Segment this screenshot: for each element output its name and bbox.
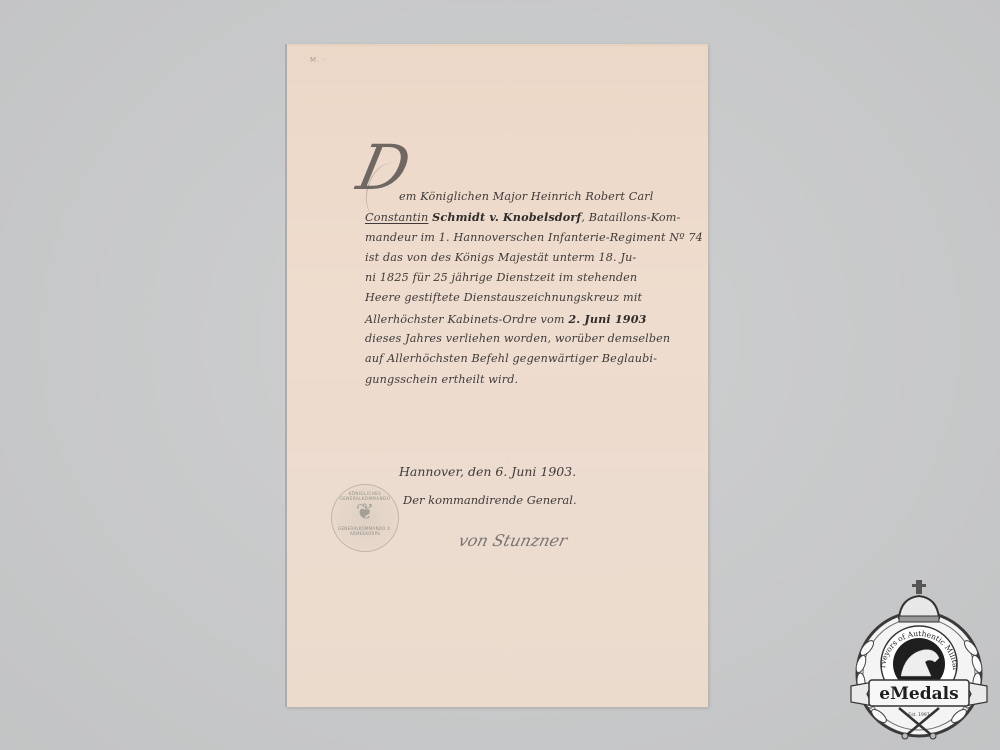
logo-brand: eMedals xyxy=(879,684,958,704)
body-line-8: dieses Jahres verliehen worden, worüber … xyxy=(365,329,700,349)
pencil-archive-mark: M. · xyxy=(310,56,327,64)
document-sheet: M. · D em Königlichen Major Heinrich Rob… xyxy=(287,44,708,707)
signature: von Stunzner xyxy=(457,531,570,550)
seal-bottom-text: GENERALKOMMANDO X. ARMEEKORPS xyxy=(332,526,398,536)
photo-background: M. · D em Königlichen Major Heinrich Rob… xyxy=(0,0,1000,750)
recipient-rank: , Bataillons-Kom- xyxy=(581,211,680,224)
eagle-icon: ❦ xyxy=(356,502,374,524)
body-line-5: ni 1825 für 25 jährige Dienstzeit im ste… xyxy=(365,268,700,288)
certificate-body: em Königlichen Major Heinrich Robert Car… xyxy=(365,187,700,390)
emedals-watermark-logo: Purveyors of Authentic Militaria eMedals… xyxy=(845,578,993,746)
ink-stamp-seal: KÖNIGLICHES GENERALKOMMANDO ❦ GENERALKOM… xyxy=(331,484,399,552)
place-and-date: Hannover, den 6. Juni 1903. xyxy=(399,464,576,479)
body-line-9: auf Allerhöchsten Befehl gegenwärtiger B… xyxy=(365,349,700,369)
order-date: 2. Juni 1903 xyxy=(568,312,646,326)
seal-ring-text: KÖNIGLICHES GENERALKOMMANDO xyxy=(332,491,398,501)
signatory-title: Der kommandirende General. xyxy=(403,493,577,507)
body-line-10: gungsschein ertheilt wird. xyxy=(365,370,700,390)
body-line-6: Heere gestiftete Dienstauszeichnungskreu… xyxy=(365,288,700,308)
order-text: Allerhöchster Kabinets-Ordre vom xyxy=(365,313,568,326)
paper-top-edge xyxy=(287,44,708,46)
body-line-3: mandeur im 1. Hannoverschen Infanterie-R… xyxy=(365,228,700,248)
body-line-2: Constantin Schmidt v. Knobelsdorf, Batai… xyxy=(365,207,700,227)
recipient-given-name: Constantin xyxy=(365,211,428,224)
body-line-7: Allerhöchster Kabinets-Ordre vom 2. Juni… xyxy=(365,309,700,329)
body-line-4: ist das von des Königs Majestät unterm 1… xyxy=(365,248,700,268)
crown-icon xyxy=(899,580,939,622)
logo-graphic: Purveyors of Authentic Militaria eMedals… xyxy=(845,578,993,746)
body-line-1: em Königlichen Major Heinrich Robert Car… xyxy=(365,187,700,207)
recipient-surname: Schmidt v. Knobelsdorf xyxy=(432,210,581,224)
